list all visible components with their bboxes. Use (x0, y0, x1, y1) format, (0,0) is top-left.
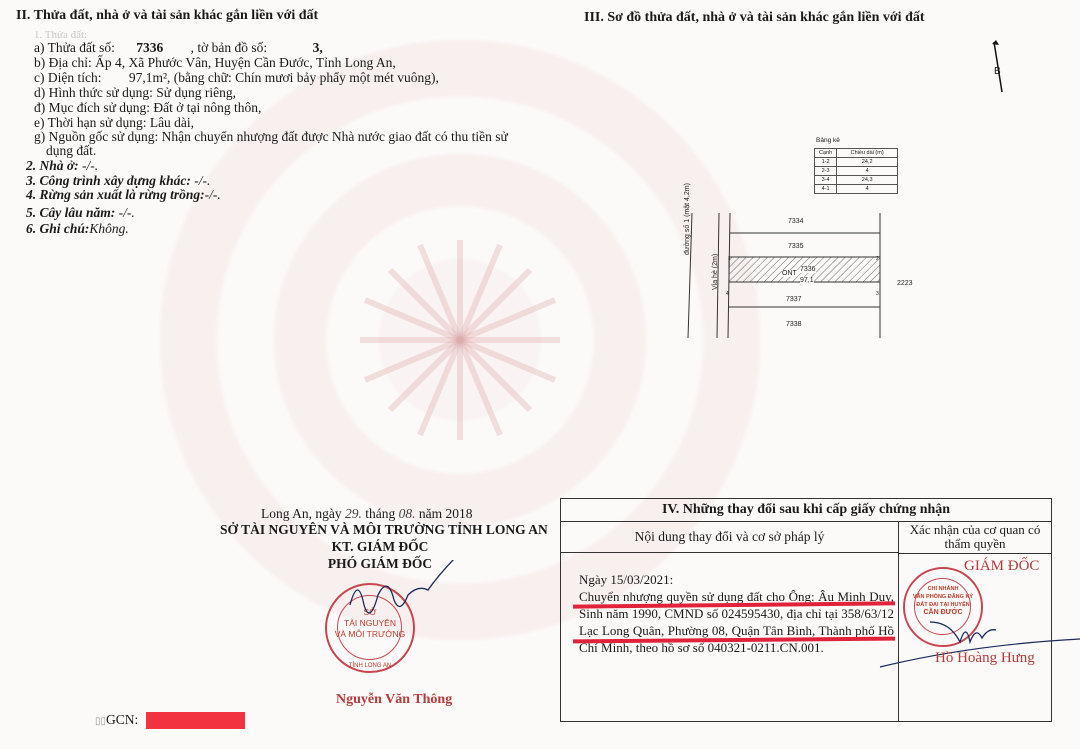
boundary-table: CạnhChiều dài (m) 1-224,2 2-34 3-424,3 4… (814, 148, 898, 194)
section-iii-title: III. Sơ đồ thửa đất, nhà ở và tài sản kh… (584, 10, 925, 26)
map-label: , tờ bản đồ số: (191, 40, 268, 55)
confirm-title: GIÁM ĐỐC (964, 558, 1039, 575)
change-entry: Ngày 15/03/2021: Chuyển nhượng quyền sử … (579, 571, 894, 656)
star-watermark-icon (360, 240, 560, 440)
corner-1: 1 (728, 256, 731, 262)
issue-day: 29. (345, 506, 362, 521)
changes-col1-header: Nội dung thay đổi và cơ sở pháp lý (561, 522, 899, 553)
parcel-7335: 7335 (788, 243, 804, 250)
usage-term-line: e) Thời hạn sử dụng: Lâu dài, (34, 115, 194, 130)
area-value: 97,1m², (bằng chữ: Chín mươi bảy phẩy mộ… (129, 70, 439, 85)
section-ii-title: II. Thửa đất, nhà ở và tài sản khác gắn … (16, 8, 318, 24)
changes-col2-header: Xác nhận của cơ quan có thẩm quyền (899, 522, 1051, 554)
subject-parcel-no: 7336 (800, 266, 816, 273)
item-planted-forest: 4. Rừng sản xuất là rừng trồng:-/-. (26, 186, 221, 204)
area-line: c) Diện tích: 97,1m², (bằng chữ: Chín mư… (34, 70, 439, 85)
issuing-authority: SỞ TÀI NGUYÊN VÀ MÔI TRƯỜNG TỈNH LONG AN (220, 522, 540, 538)
table-row: 3-424,3 (815, 176, 898, 185)
parcel-line: a) Thửa đất số: 7336 , tờ bản đồ số: 3, (34, 40, 323, 55)
changes-title: IV. Những thay đổi sau khi cấp giấy chứn… (561, 499, 1051, 522)
parcel-7337: 7337 (786, 296, 802, 303)
corner-3: 3 (876, 291, 879, 297)
right-signer-name: Hồ Hoàng Hưng (935, 650, 1035, 667)
subject-type: ONT (782, 270, 797, 277)
parcel-7334: 7334 (788, 218, 804, 225)
area-label: c) Diện tích: (34, 70, 101, 85)
parcel-7338: 7338 (786, 321, 802, 328)
change-date: Ngày 15/03/2021: (579, 571, 894, 588)
changes-content-cell: Ngày 15/03/2021: Chuyển nhượng quyền sử … (561, 553, 899, 721)
signature-scribble-icon (340, 560, 480, 630)
table-row: 4-14 (815, 185, 898, 194)
boundary-table-title: Bảng kê (816, 137, 840, 144)
svg-text:B: B (994, 66, 1001, 77)
signer-title-1: KT. GIÁM ĐỐC (220, 539, 540, 555)
table-row: 1-224,2 (815, 158, 898, 167)
issue-date: Long An, ngày 29. tháng 08. năm 2018 (261, 506, 473, 521)
usage-purpose-line: đ) Mục đích sử dụng: Đất ở tại nông thôn… (34, 100, 261, 115)
road-label: đường số 1 (mặt 4,2m) (684, 183, 691, 255)
table-row: 2-34 (815, 167, 898, 176)
east-parcel: 2223 (897, 280, 913, 287)
origin-line: g) Nguồn gốc sử dụng: Nhận chuyển nhượng… (34, 129, 508, 144)
address-line: b) Địa chỉ: Ấp 4, Xã Phước Vân, Huyện Cầ… (34, 55, 396, 70)
parcel-label: a) Thửa đất số: (34, 40, 115, 55)
corner-2: 2 (876, 256, 879, 262)
left-signer-name: Nguyễn Văn Thông (336, 692, 452, 708)
change-text: Chuyển nhượng quyền sử dụng đất cho Ông:… (579, 588, 894, 656)
issue-month: 08. (399, 506, 416, 521)
usage-form-line: d) Hình thức sử dụng: Sử dụng riêng, (34, 85, 236, 100)
item-notes: 6. Ghi chú:Không. (26, 220, 129, 238)
gcn-redacted (146, 712, 245, 729)
origin-line-2: dụng đất. (46, 143, 96, 158)
map-number: 3, (313, 40, 323, 55)
corner-4: 4 (726, 291, 729, 297)
subject-area: 97,1 (800, 277, 814, 284)
parcel-number: 7336 (136, 40, 163, 55)
gcn-label: ▯▯GCN: (95, 712, 138, 729)
sidewalk-label: Vỉa hè (2m) (712, 254, 719, 290)
north-arrow-icon: B (988, 36, 1008, 96)
